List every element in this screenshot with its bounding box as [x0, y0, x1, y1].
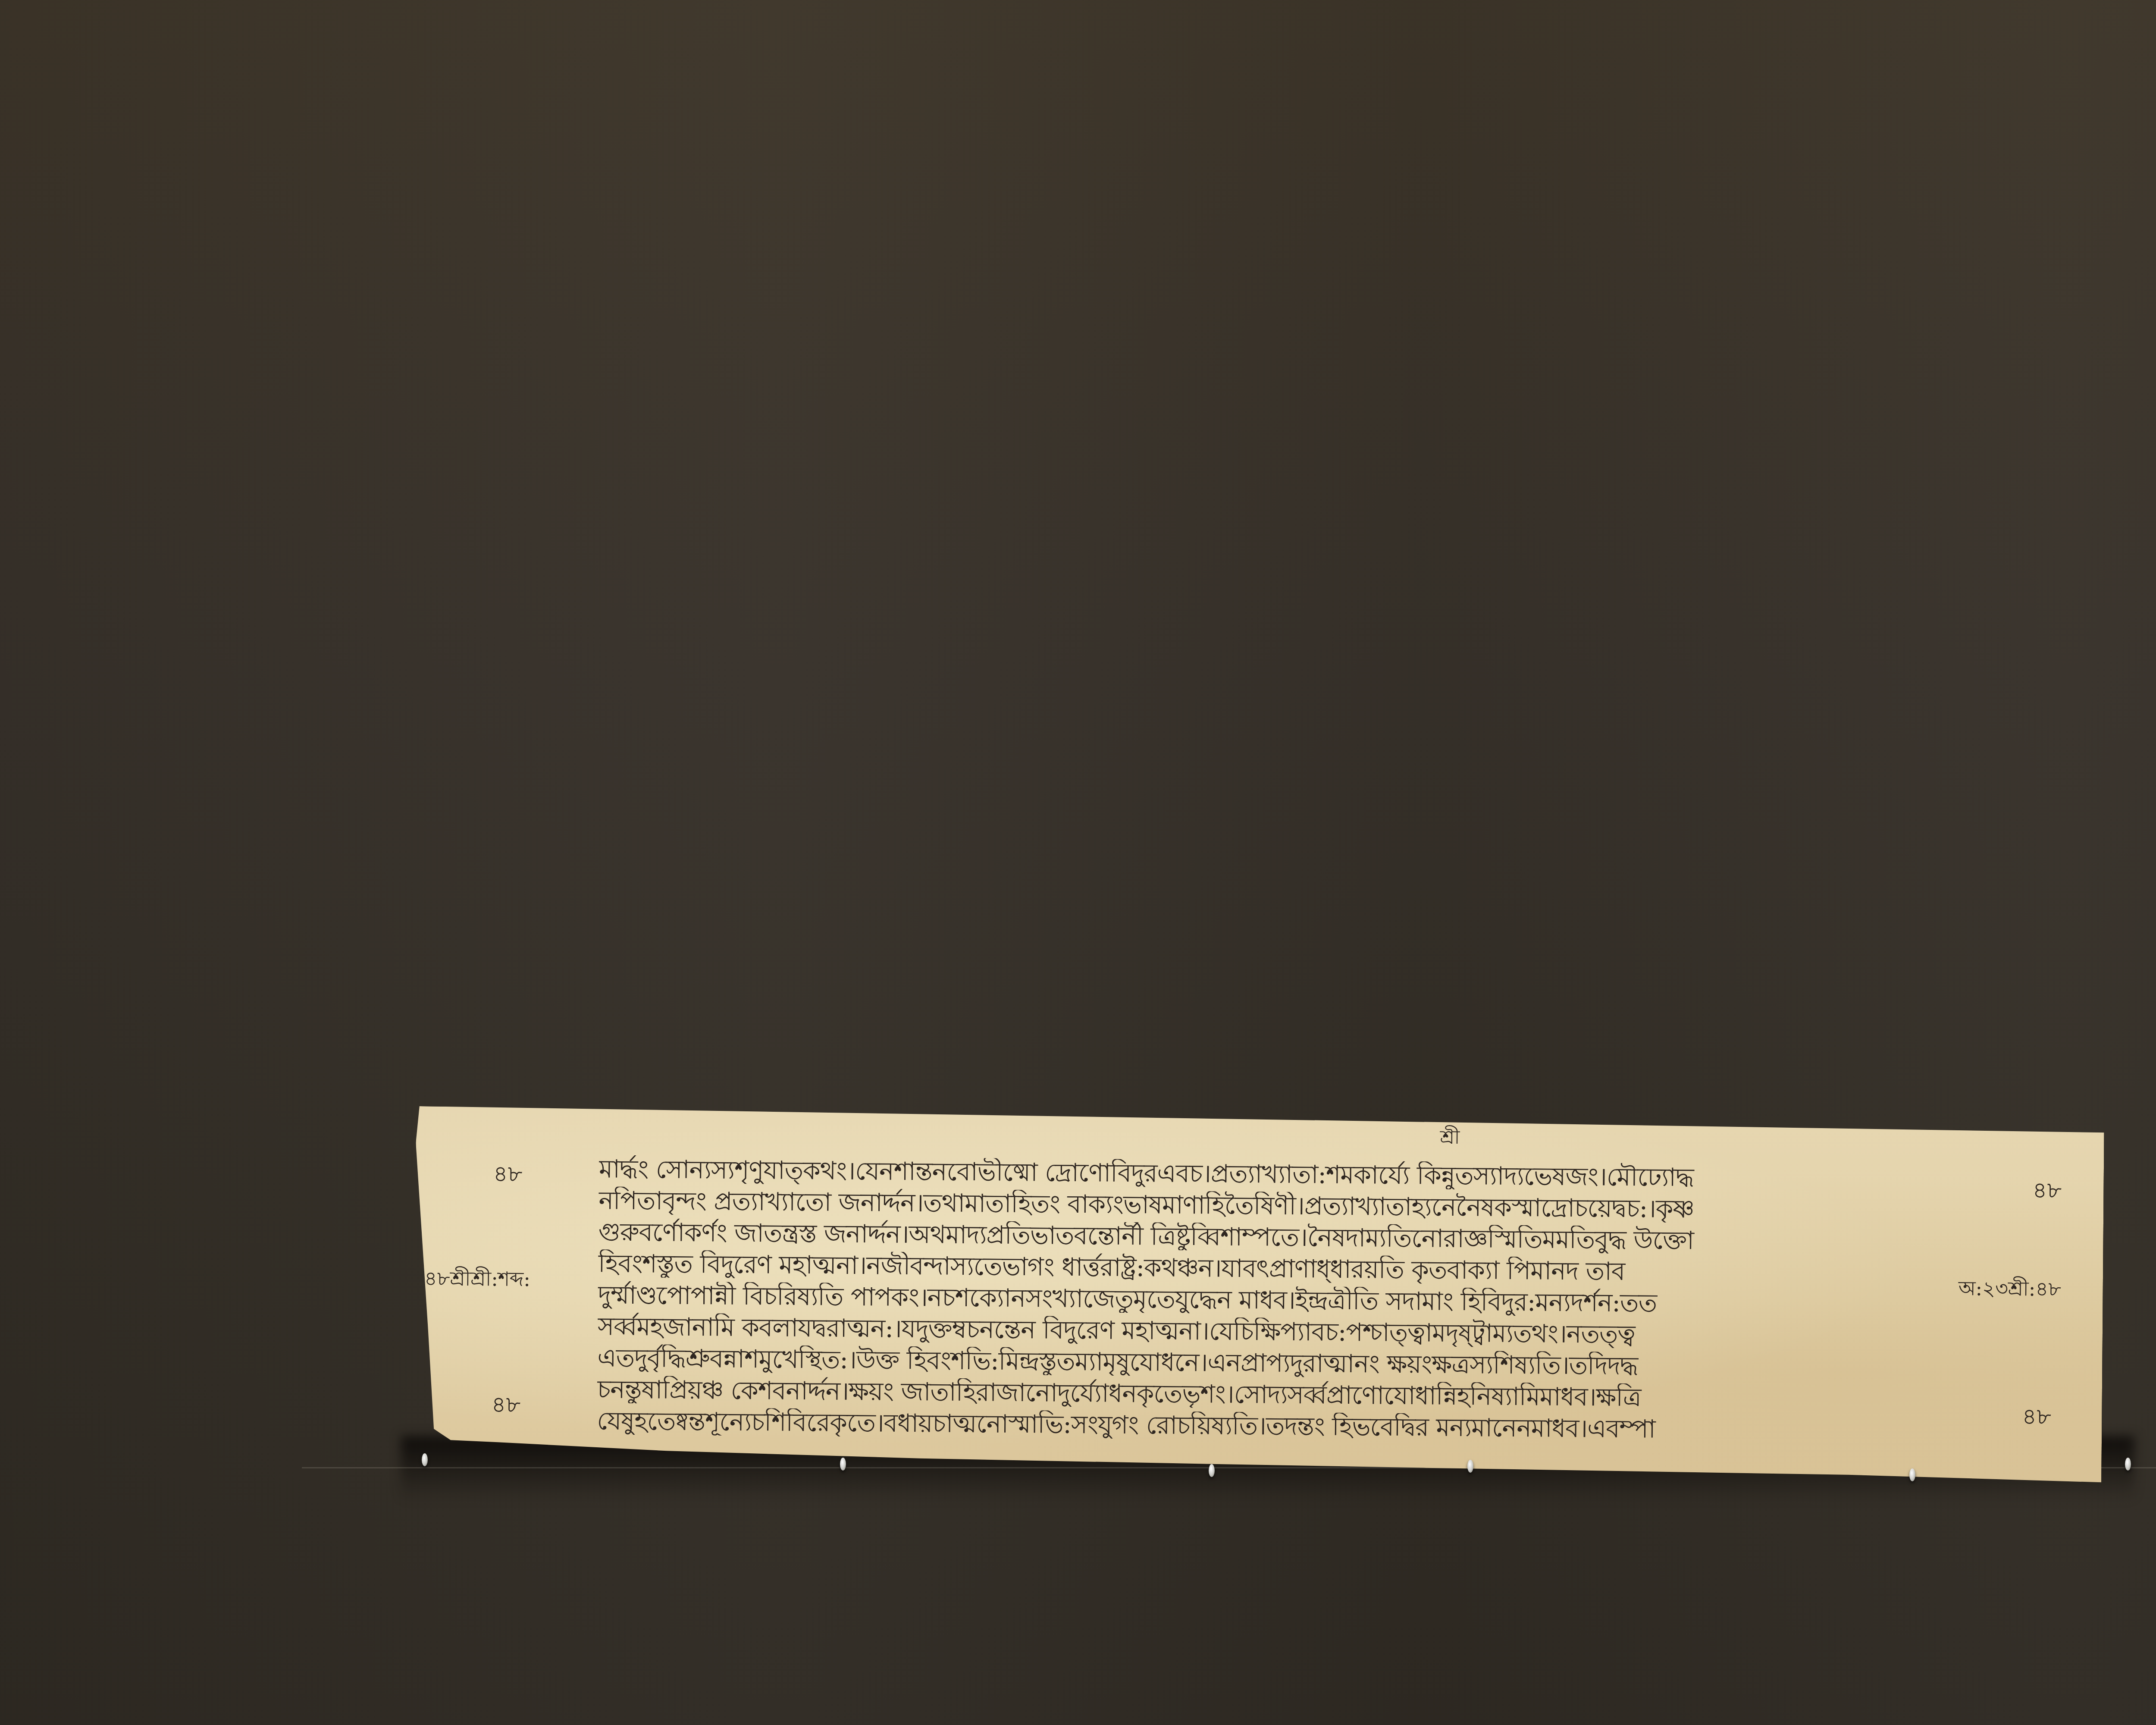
- mounting-pin: [1209, 1464, 1215, 1477]
- right-margin-bottom-number: ৪৮: [2022, 1399, 2051, 1437]
- manuscript-line-8: চনন্তুষাপ্রিয়ঞ্চ কেশবনার্দ্দন।ক্ষয়ং জা…: [597, 1375, 1943, 1414]
- manuscript-folio: শ্রী ৪৮ ৪৮শ্রীশ্রী:শব্দ: ৪৮ ৪৮ অ:২৩শ্রী:…: [413, 1106, 2104, 1486]
- mounting-pin: [2125, 1458, 2131, 1471]
- left-margin-bottom-number: ৪৮: [491, 1387, 520, 1425]
- mounting-pin: [1467, 1460, 1473, 1473]
- manuscript-line-6: সর্ব্বমহজানামি কবলাযদ্বরাত্মন:।যদুক্তম্ব…: [598, 1312, 1943, 1351]
- manuscript-line-5: দুর্ম্মাণ্ডপোপান্নী বিচরিষ্যতি পাপকং।নচশ…: [598, 1281, 1943, 1319]
- manuscript-line-2: নপিতাবৃন্দং প্রত্যাখ্যাতো জনার্দ্দন।তথাম…: [599, 1186, 1944, 1225]
- mounting-pin: [1909, 1468, 1915, 1481]
- left-margin-note: ৪৮শ্রীশ্রী:শব্দ:: [424, 1264, 531, 1297]
- manuscript-line-9: যেষুহতেষ্বন্তশূন্যেচশিবিরেকৃতে।বধায়চাত্…: [597, 1407, 1942, 1445]
- right-margin-top-number: ৪৮: [2032, 1173, 2062, 1211]
- manuscript-line-3: গুরুবর্ণোকর্ণং জাতন্ত্রস্ত জনার্দ্দন।অথম…: [598, 1218, 1943, 1256]
- mounting-pin: [840, 1458, 846, 1471]
- manuscript-line-7: এতদুর্বৃদ্ধিশ্রুবন্নাশমুখেস্থিত:।উক্ত হি…: [597, 1344, 1943, 1382]
- right-margin-note: অ:২৩শ্রী:৪৮: [1958, 1273, 2061, 1307]
- folio-top-mark: শ্রী: [1440, 1123, 1460, 1154]
- left-margin-top-number: ৪৮: [493, 1156, 522, 1194]
- mounting-pin: [422, 1453, 428, 1466]
- manuscript-line-4: হিবংশস্তুত বিদুরেণ মহাত্মনা।নজীবন্দাস্যত…: [598, 1249, 1943, 1288]
- manuscript-line-1: মার্দ্ধং সোন্যস্যশৃণুযাত্‌কথং।যেনশান্তনব…: [599, 1155, 1944, 1193]
